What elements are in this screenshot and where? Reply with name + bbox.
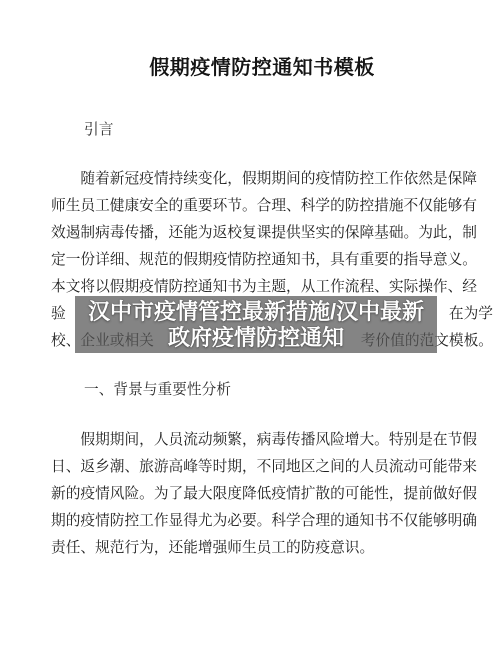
document-page: 假期疫情防控通知书模板 引言 随着新冠疫情持续变化，假期期间的疫情防控工作依然是… (0, 0, 500, 647)
overlay-banner-title-line1: 汉中市疫情管控最新措施/汉中最新 (88, 299, 424, 325)
obscured-row-left-fragment: 验 (51, 301, 66, 328)
intro-section-heading: 引言 (84, 117, 113, 144)
document-title: 假期疫情防控通知书模板 (41, 55, 483, 81)
section1-paragraph: 假期期间，人员流动频繁，病毒传播风险增大。特别是在节假 日、返乡潮、旅游高峰等时… (51, 427, 493, 562)
section1-paragraph-line: 假期期间，人员流动频繁，病毒传播风险增大。特别是在节假 (51, 427, 493, 454)
overlay-banner-title-line2: 政府疫情防控通知 (168, 325, 344, 351)
section1-paragraph-line: 期的疫情防控工作显得尤为必要。科学合理的通知书不仅能够明确 (51, 508, 493, 535)
section1-heading: 一、背景与重要性分析 (84, 377, 231, 404)
intro-paragraph-line: 定一份详细、规范的假期疫情防控通知书，具有重要的指导意义。 (51, 247, 493, 274)
intro-paragraph: 随着新冠疫情持续变化，假期期间的疫情防控工作依然是保障 师生员工健康安全的重要环… (51, 166, 493, 301)
obscured-row-right-fragment: 在为学 (449, 301, 493, 328)
section1-paragraph-line: 日、返乡潮、旅游高峰等时期，不同地区之间的人员流动可能带来 (51, 454, 493, 481)
intro-paragraph-line: 师生员工健康安全的重要环节。合理、科学的防控措施不仅能够有 (51, 193, 493, 220)
intro-paragraph-line: 效遏制病毒传播，还能为返校复课提供坚实的保障基础。为此，制 (51, 220, 493, 247)
section1-paragraph-line: 责任、规范行为，还能增强师生员工的防疫意识。 (51, 535, 493, 562)
section1-paragraph-line: 新的疫情风险。为了最大限度降低疫情扩散的可能性，提前做好假 (51, 481, 493, 508)
related-article-overlay-banner[interactable]: 汉中市疫情管控最新措施/汉中最新 政府疫情防控通知 (75, 296, 437, 353)
intro-paragraph-line: 随着新冠疫情持续变化，假期期间的疫情防控工作依然是保障 (51, 166, 493, 193)
